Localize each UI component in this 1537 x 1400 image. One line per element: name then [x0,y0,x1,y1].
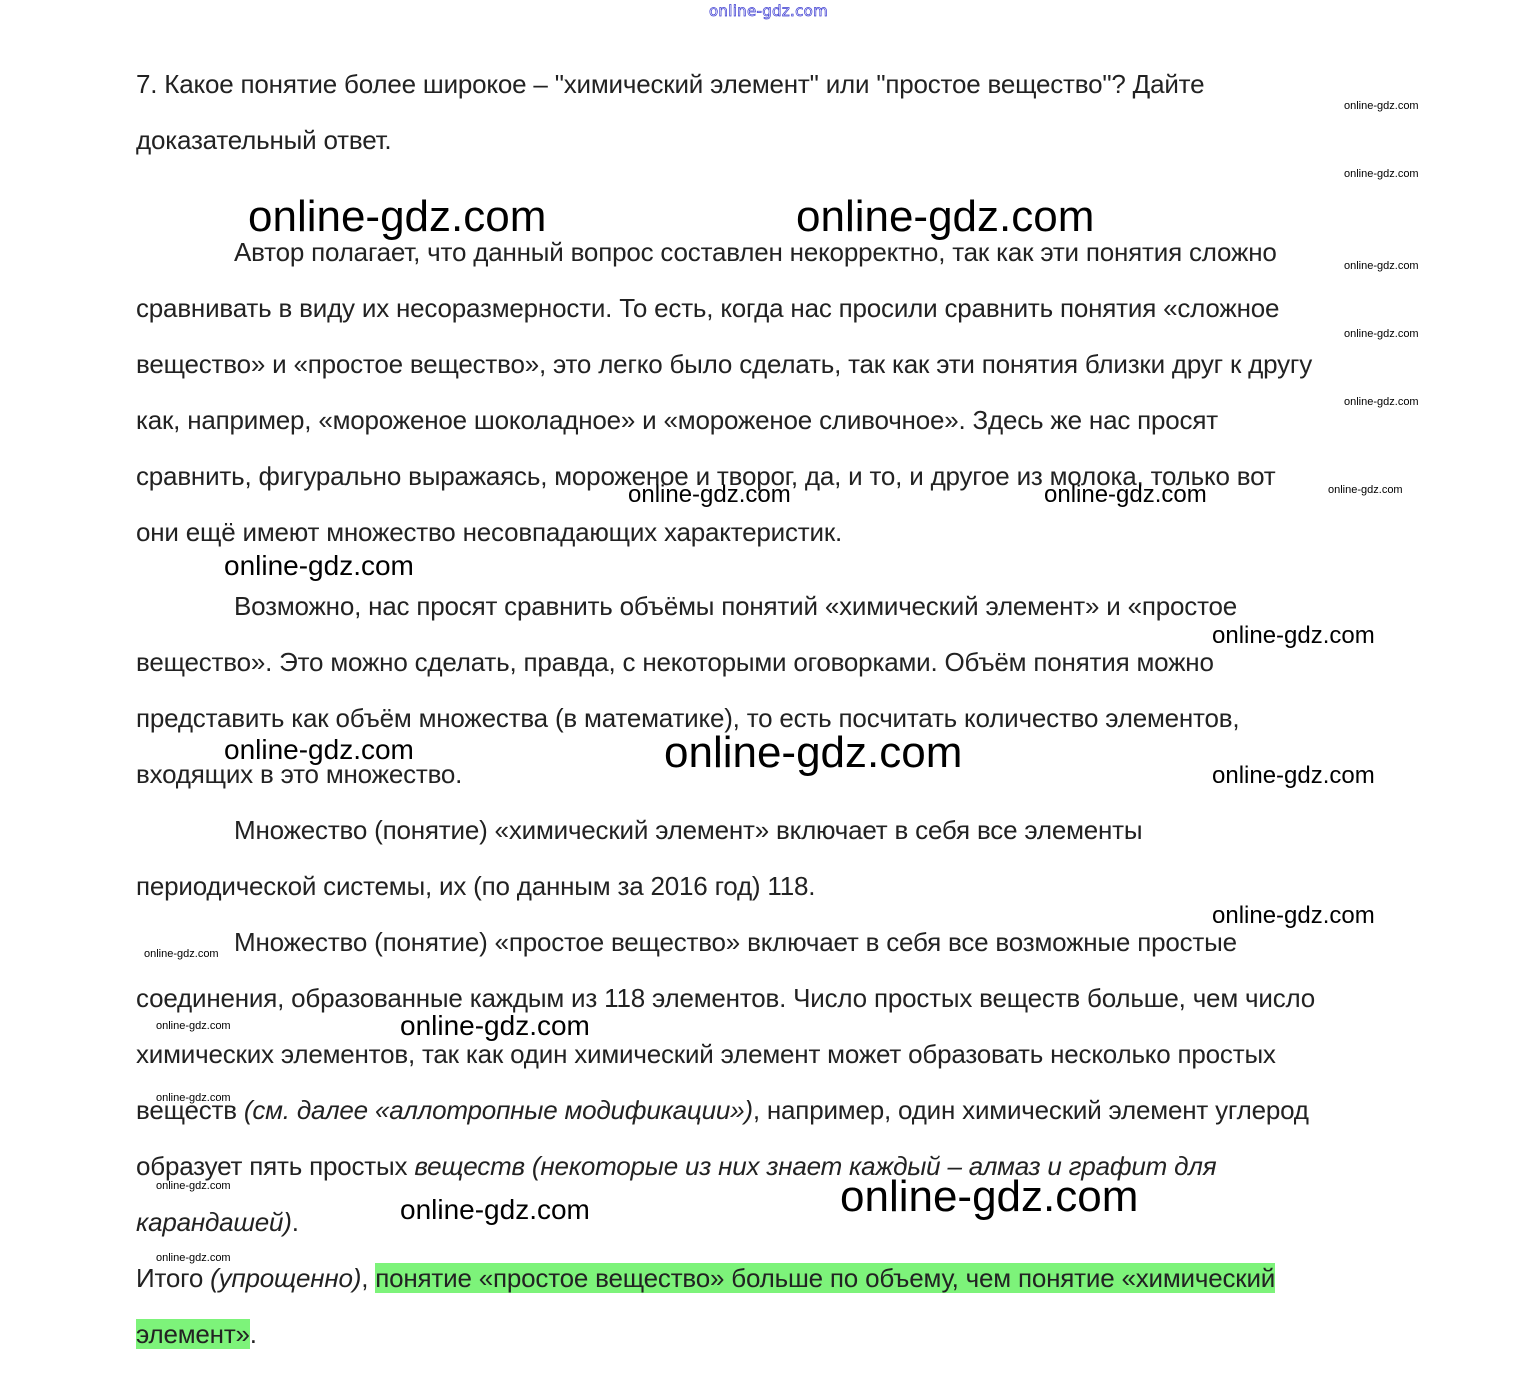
conclusion-line-2: элемент». [136,1318,257,1350]
paragraph-4-line: веществ (см. далее «аллотропные модифика… [136,1094,1309,1126]
text-run: образует пять простых [136,1151,414,1181]
watermark: online-gdz.com [156,1020,231,1033]
question-line-1: 7. Какое понятие более широкое – "химиче… [136,68,1204,100]
watermark: online-gdz.com [248,193,546,241]
paragraph-3-line: Множество (понятие) «химический элемент»… [234,814,1142,846]
paragraph-1-line: вещество» и «простое вещество», это легк… [136,348,1312,380]
watermark: online-gdz.com [156,1092,231,1105]
watermark: online-gdz.com [796,193,1094,241]
watermark: online-gdz.com [1344,328,1419,341]
watermark: online-gdz.com [1328,484,1403,497]
paragraph-4-line: соединения, образованные каждым из 118 э… [136,982,1315,1014]
italic-aside: карандашей) [136,1207,292,1237]
watermark: online-gdz.com [1044,479,1207,511]
watermark: online-gdz.com [1344,396,1419,409]
watermark: online-gdz.com [156,1252,231,1265]
paragraph-3-line: периодической системы, их (по данным за … [136,870,815,902]
highlighted-answer: элемент» [136,1319,250,1349]
watermark: online-gdz.com [156,1180,231,1193]
paragraph-1-line: как, например, «мороженое шоколадное» и … [136,404,1218,436]
watermark: online-gdz.com [1212,900,1375,932]
watermark: online-gdz.com [400,1010,590,1042]
paragraph-4-line: карандашей). [136,1206,299,1238]
site-mark-header: online-gdz.com [0,2,1537,20]
watermark: online-gdz.com [1212,620,1375,652]
paragraph-1-line: они ещё имеют множество несовпадающих ха… [136,516,842,548]
text-run: , например, один химический элемент угле… [753,1095,1309,1125]
paragraph-2-line: вещество». Это можно сделать, правда, с … [136,646,1214,678]
paragraph-4-line: Множество (понятие) «простое вещество» в… [234,926,1237,958]
conclusion-line-1: Итого (упрощенно), понятие «простое веще… [136,1262,1275,1294]
conclusion-prefix: Итого [136,1263,210,1293]
watermark: online-gdz.com [224,550,414,582]
watermark: online-gdz.com [1212,760,1375,792]
question-line-2: доказательный ответ. [136,124,391,156]
text-run: . [250,1319,257,1349]
watermark: online-gdz.com [1344,260,1419,273]
watermark: online-gdz.com [628,479,791,511]
watermark: online-gdz.com [1344,168,1419,181]
watermark: online-gdz.com [1344,100,1419,113]
highlighted-answer: понятие «простое вещество» больше по объ… [375,1263,1275,1293]
watermark: online-gdz.com [664,729,962,777]
conclusion-aside: (упрощенно) [210,1263,361,1293]
watermark: online-gdz.com [840,1173,1138,1221]
italic-aside: (см. далее «аллотропные модификации») [244,1095,753,1125]
text-run: , [361,1263,375,1293]
watermark: online-gdz.com [144,948,219,961]
paragraph-4-line: химических элементов, так как один химич… [136,1038,1276,1070]
watermark: online-gdz.com [400,1194,590,1226]
watermark: online-gdz.com [224,734,414,766]
paragraph-1-line: сравнивать в виду их несоразмерности. То… [136,292,1279,324]
text-run: . [292,1207,299,1237]
paragraph-2-line: Возможно, нас просят сравнить объёмы пон… [234,590,1237,622]
